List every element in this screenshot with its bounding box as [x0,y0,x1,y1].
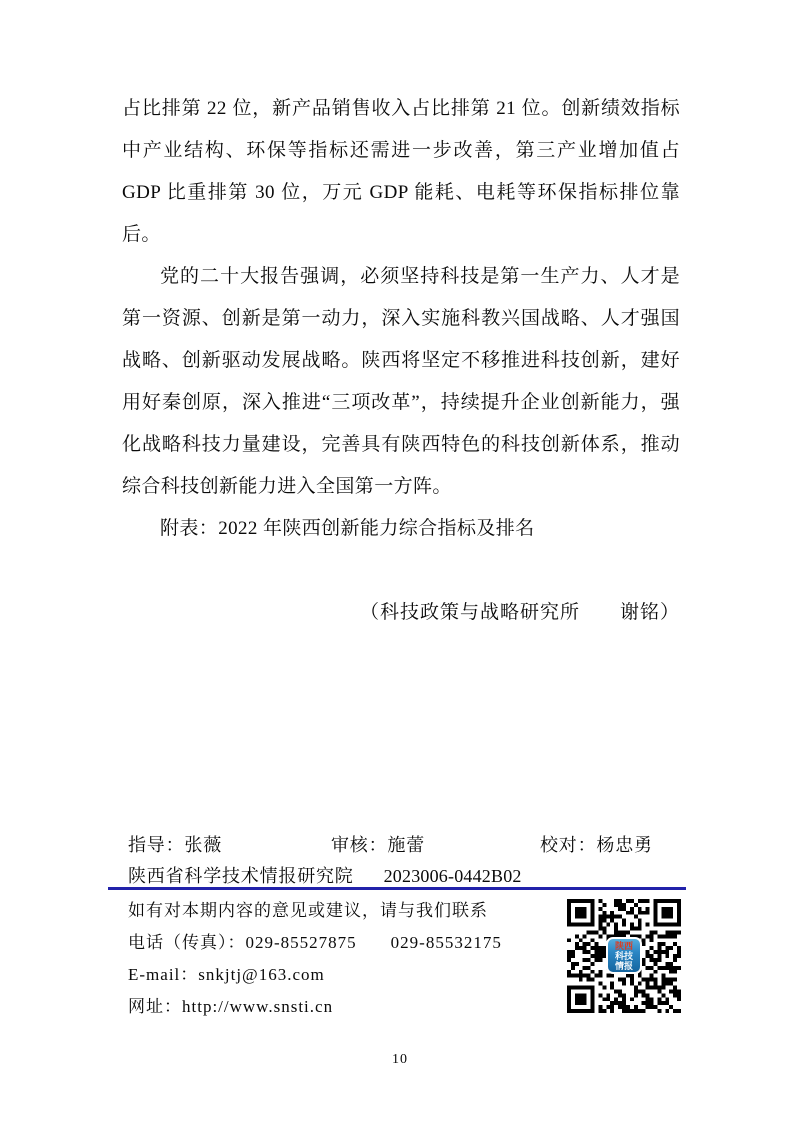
qr-center-logo: 陕西 科技 情报 [606,937,642,974]
qr-code: 陕西 科技 情报 [567,899,681,1013]
body-text: 占比排第 22 位，新产品销售收入占比排第 21 位。创新绩效指标中产业结构、环… [122,88,680,634]
organization-name: 陕西省科学技术情报研究院 [128,866,354,886]
credit-reviewer-label: 审核： [331,835,387,855]
email-address: snkjtj@163.com [198,965,324,984]
phone-row: 电话（传真）：029-85527875029-85532175 [128,927,558,959]
issue-code: 2023006-0442B02 [384,866,522,886]
credit-proofreader: 校对：杨忠勇 [540,830,653,861]
phone-label: 电话（传真）： [128,933,246,952]
credit-proofreader-label: 校对： [540,835,596,855]
paragraph-main: 党的二十大报告强调，必须坚持科技是第一生产力、人才是第一资源、创新是第一动力，深… [122,256,680,508]
email-label: E-mail： [128,965,198,984]
contact-block: 如有对本期内容的意见或建议，请与我们联系 电话（传真）：029-85527875… [128,895,558,1023]
document-page: 占比排第 22 位，新产品销售收入占比排第 21 位。创新绩效指标中产业结构、环… [0,0,800,1132]
credit-advisor-name: 张薇 [184,835,222,855]
credit-advisor: 指导：张薇 [128,830,331,861]
credit-reviewer: 审核：施蕾 [331,830,540,861]
attachment-note: 附表：2022 年陕西创新能力综合指标及排名 [122,508,680,550]
qr-logo-line-2: 科技 [615,951,633,961]
phone-number-2: 029-85532175 [391,933,502,952]
page-number: 10 [0,1052,800,1068]
qr-logo-line-1: 陕西 [615,941,633,951]
divider-rule [108,887,686,890]
credit-proofreader-name: 杨忠勇 [596,835,652,855]
qr-logo-line-3: 情报 [615,961,633,971]
website-row: 网址：http://www.snsti.cn [128,991,558,1023]
email-row: E-mail：snkjtj@163.com [128,959,558,991]
website-url: http://www.snsti.cn [182,997,333,1016]
website-label: 网址： [128,997,182,1016]
footer-credits: 指导：张薇审核：施蕾校对：杨忠勇 陕西省科学技术情报研究院2023006-044… [128,830,688,892]
contact-intro: 如有对本期内容的意见或建议，请与我们联系 [128,895,558,927]
credit-reviewer-name: 施蕾 [387,835,425,855]
author-attribution: （科技政策与战略研究所 谢铭） [122,592,680,634]
credits-row: 指导：张薇审核：施蕾校对：杨忠勇 [128,830,688,861]
paragraph-continuation: 占比排第 22 位，新产品销售收入占比排第 21 位。创新绩效指标中产业结构、环… [122,88,680,256]
phone-number-1: 029-85527875 [246,933,357,952]
credit-advisor-label: 指导： [128,835,184,855]
